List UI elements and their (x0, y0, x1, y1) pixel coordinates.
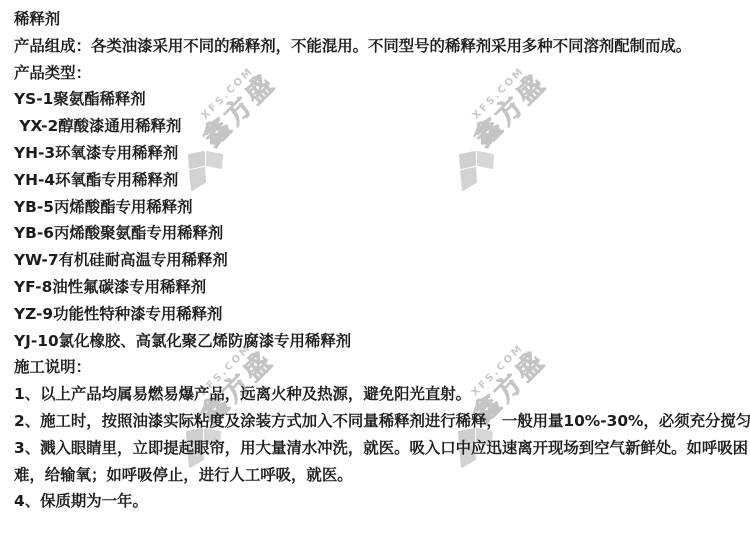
product-detail-page: XFS.COM 鑫方盛 XFS.COM 鑫方盛 XFS.COM (0, 0, 750, 544)
document-body: 稀释剂 产品组成：各类油漆采用不同的稀释剂，不能混用。不同型号的稀释剂采用多种不… (0, 0, 750, 544)
product-type-item: YZ-9功能性特种漆专用稀释剂 (14, 301, 750, 328)
types-label: 产品类型： (14, 60, 750, 87)
instruction-item: 4、保质期为一年。 (14, 488, 750, 515)
instruction-item: 2、施工时，按照油漆实际粘度及涂装方式加入不同量稀释剂进行稀释，一般用量10%-… (14, 408, 750, 435)
product-type-item: YB-5丙烯酸酯专用稀释剂 (14, 194, 750, 221)
product-type-item: YH-3环氧漆专用稀释剂 (14, 140, 750, 167)
product-type-item: YW-7有机硅耐高温专用稀释剂 (14, 247, 750, 274)
product-type-item: YX-2醇酸漆通用稀释剂 (14, 113, 750, 140)
product-type-item: YH-4环氧酯专用稀释剂 (14, 167, 750, 194)
page-title: 稀释剂 (14, 6, 750, 33)
product-type-item: YF-8油性氟碳漆专用稀释剂 (14, 274, 750, 301)
composition-line: 产品组成：各类油漆采用不同的稀释剂，不能混用。不同型号的稀释剂采用多种不同溶剂配… (14, 33, 750, 60)
product-type-item: YB-6丙烯酸聚氨酯专用稀释剂 (14, 220, 750, 247)
instruction-item: 1、以上产品均属易燃易爆产品，远离火种及热源，避免阳光直射。 (14, 381, 750, 408)
product-type-item: YJ-10氯化橡胶、高氯化聚乙烯防腐漆专用稀释剂 (14, 328, 750, 355)
instructions-label: 施工说明： (14, 354, 750, 381)
product-type-item: YS-1聚氨酯稀释剂 (14, 86, 750, 113)
instruction-item: 3、溅入眼睛里，立即提起眼帘，用大量清水冲洗，就医。吸入口中应迅速离开现场到空气… (14, 435, 750, 489)
